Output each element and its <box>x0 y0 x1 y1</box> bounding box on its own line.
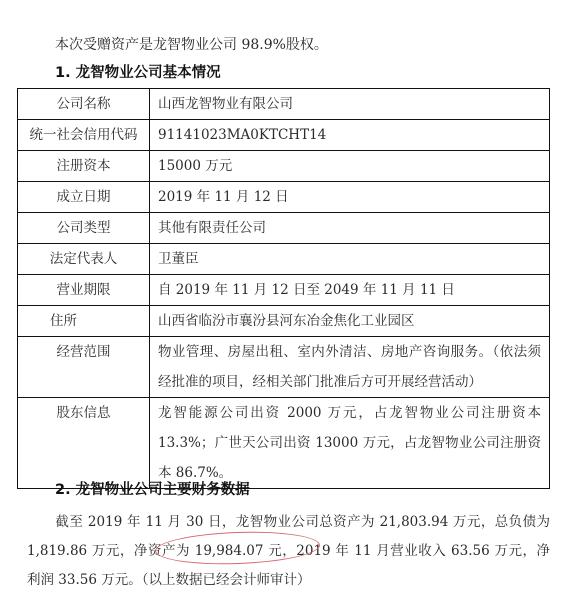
section-heading-financial-data: 2. 龙智物业公司主要财务数据 <box>55 480 250 500</box>
financial-paragraph: 截至 2019 年 11 月 30 日，龙智物业公司总资产为 21,803.94… <box>27 508 550 593</box>
row-value: 山西省临汾市襄汾县河东冶金焦化工业园区 <box>150 306 550 337</box>
table-row: 法定代表人 卫董臣 <box>18 244 550 275</box>
financial-text: 截至 2019 年 11 月 30 日，龙智物业公司总资产为 21,803.94… <box>27 514 550 588</box>
company-info-table: 公司名称 山西龙智物业有限公司 统一社会信用代码 91141023MA0KTCH… <box>17 88 550 489</box>
row-label: 经营范围 <box>18 337 150 398</box>
row-value: 其他有限责任公司 <box>150 213 550 244</box>
row-label: 公司名称 <box>18 89 150 120</box>
table-row: 经营范围 物业管理、房屋出租、室内外清洁、房地产咨询服务。（依法须经批准的项目，… <box>18 337 550 398</box>
row-value: 龙智能源公司出资 2000 万元，占龙智物业公司注册资本 13.3%；广世天公司… <box>150 398 550 489</box>
row-label: 住所 <box>18 306 150 337</box>
row-value: 2019 年 11 月 12 日 <box>150 182 550 213</box>
row-label: 注册资本 <box>18 151 150 182</box>
row-value: 91141023MA0KTCHT14 <box>150 120 550 151</box>
section-heading-basic-info: 1. 龙智物业公司基本情况 <box>55 63 221 83</box>
row-label: 营业期限 <box>18 275 150 306</box>
row-value: 物业管理、房屋出租、室内外清洁、房地产咨询服务。（依法须经批准的项目，经相关部门… <box>150 337 550 398</box>
table-row: 公司名称 山西龙智物业有限公司 <box>18 89 550 120</box>
table-row: 成立日期 2019 年 11 月 12 日 <box>18 182 550 213</box>
row-label: 公司类型 <box>18 213 150 244</box>
row-label: 统一社会信用代码 <box>18 120 150 151</box>
row-value: 自 2019 年 11 月 12 日至 2049 年 11 月 11 日 <box>150 275 550 306</box>
row-label: 法定代表人 <box>18 244 150 275</box>
table-row: 住所 山西省临汾市襄汾县河东冶金焦化工业园区 <box>18 306 550 337</box>
table-row: 注册资本 15000 万元 <box>18 151 550 182</box>
row-value: 卫董臣 <box>150 244 550 275</box>
table-row: 股东信息 龙智能源公司出资 2000 万元，占龙智物业公司注册资本 13.3%；… <box>18 398 550 489</box>
row-label: 股东信息 <box>18 398 150 489</box>
intro-text: 本次受赠资产是龙智物业公司 98.9%股权。 <box>55 35 328 55</box>
row-value: 山西龙智物业有限公司 <box>150 89 550 120</box>
table-row: 公司类型 其他有限责任公司 <box>18 213 550 244</box>
table-row: 统一社会信用代码 91141023MA0KTCHT14 <box>18 120 550 151</box>
table-row: 营业期限 自 2019 年 11 月 12 日至 2049 年 11 月 11 … <box>18 275 550 306</box>
row-value: 15000 万元 <box>150 151 550 182</box>
row-label: 成立日期 <box>18 182 150 213</box>
